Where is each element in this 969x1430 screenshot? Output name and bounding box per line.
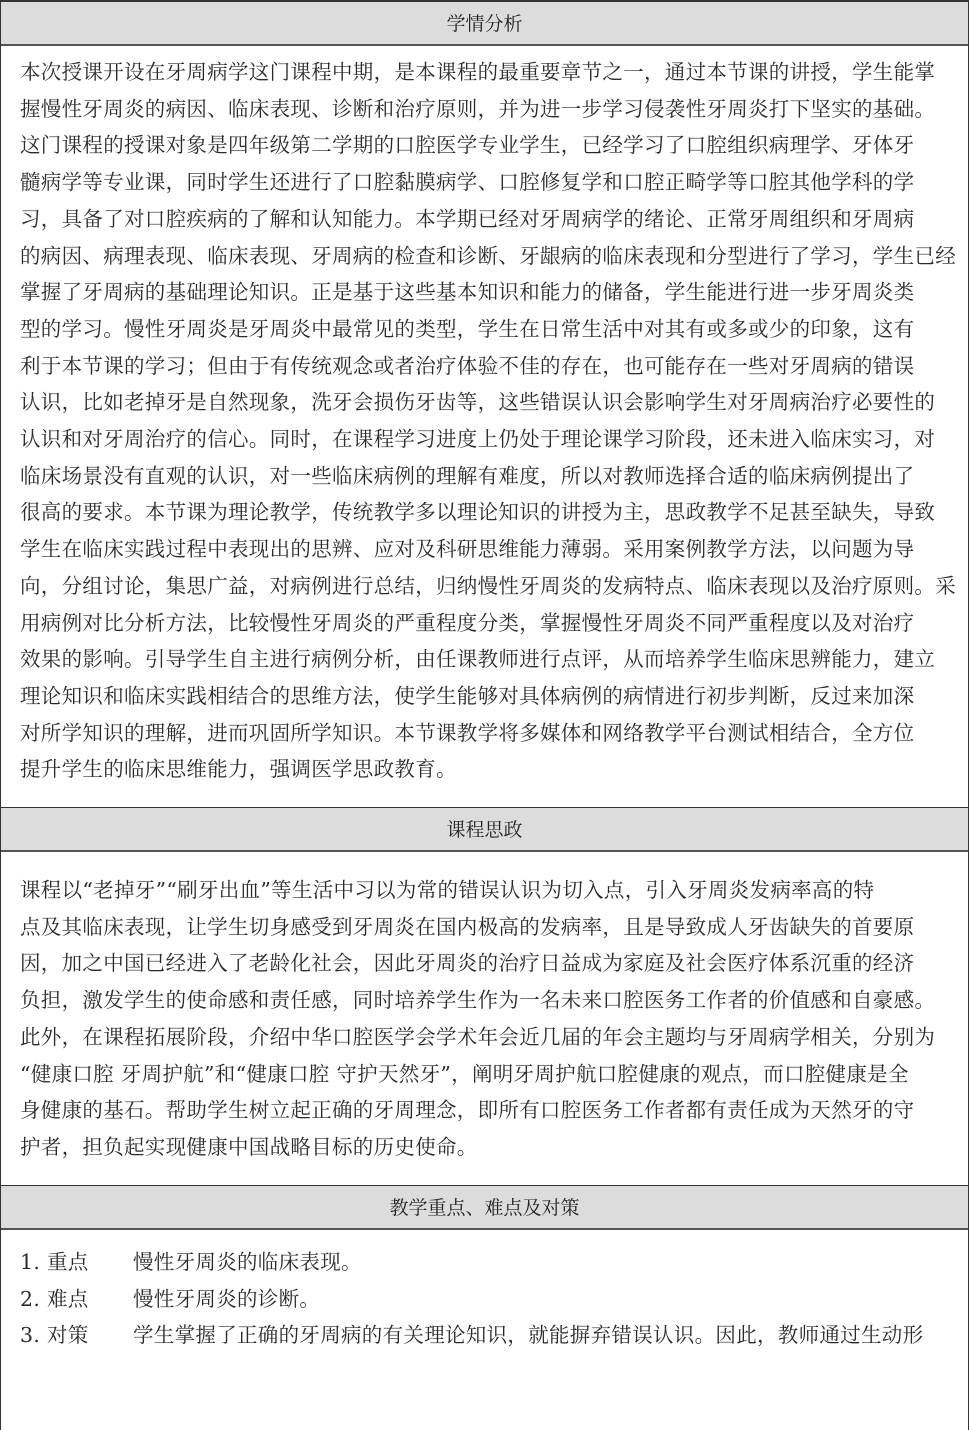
- text-line: 护者，担负起实现健康中国战略目标的历史使命。: [20, 1129, 956, 1166]
- text-line: 临床场景没有直观的认识，对一些临床病例的理解有难度，所以对教师选择合适的临床病例…: [20, 458, 956, 495]
- text-line: 型的学习。慢性牙周炎是牙周炎中最常见的类型，学生在日常生活中对其有或多或少的印象…: [20, 311, 956, 348]
- text-line: 很高的要求。本节课为理论教学，传统教学多以理论知识的讲授为主，思政教学不足甚至缺…: [20, 494, 956, 531]
- item-label: 重点: [47, 1244, 133, 1281]
- text-line: 因，加之中国已经进入了老龄化社会，因此牙周炎的治疗日益成为家庭及社会医疗体系沉重…: [20, 945, 956, 982]
- text-line: 习，具备了对口腔疾病的了解和认知能力。本学期已经对牙周病学的绪论、正常牙周组织和…: [20, 201, 956, 238]
- section-body-key-points: 1. 重点慢性牙周炎的临床表现。 2. 难点慢性牙周炎的诊断。 3. 对策学生掌…: [1, 1230, 968, 1391]
- text-line: 用病例对比分析方法，比较慢性牙周炎的严重程度分类，掌握慢性牙周炎不同严重程度以及…: [20, 605, 956, 642]
- item-text: 慢性牙周炎的临床表现。: [133, 1250, 362, 1274]
- text-line: 认识，比如老掉牙是自然现象，洗牙会损伤牙齿等，这些错误认识会影响学生对牙周病治疗…: [20, 384, 956, 421]
- list-item-key-point: 1. 重点慢性牙周炎的临床表现。: [20, 1244, 956, 1281]
- text-line: 向，分组讨论，集思广益，对病例进行总结，归纳慢性牙周炎的发病特点、临床表现以及治…: [20, 568, 956, 605]
- section-title: 教学重点、难点及对策: [389, 1197, 579, 1219]
- text-line: 对所学知识的理解，进而巩固所学知识。本节课教学将多媒体和网络教学平台测试相结合，…: [20, 715, 956, 752]
- list-item-strategy: 3. 对策学生掌握了正确的牙周病的有关理论知识，就能摒弃错误认识。因此，教师通过…: [20, 1317, 956, 1354]
- item-number: 2.: [20, 1281, 40, 1318]
- item-label: 难点: [47, 1281, 133, 1318]
- text-line: 的病因、病理表现、临床表现、牙周病的检查和诊断、牙龈病的临床表现和分型进行了学习…: [20, 238, 956, 275]
- text-line: 这门课程的授课对象是四年级第二学期的口腔医学专业学生，已经学习了口腔组织病理学、…: [20, 127, 956, 164]
- text-line: 课程以“老掉牙”“刷牙出血”等生活中习以为常的错误认识为切入点，引入牙周炎发病率…: [20, 872, 956, 909]
- section-header-learning-analysis: 学情分析: [1, 2, 968, 46]
- text-line: 握慢性牙周炎的病因、临床表现、诊断和治疗原则，并为进一步学习侵袭性牙周炎打下坚实…: [20, 91, 956, 128]
- lesson-plan-table: 学情分析 本次授课开设在牙周病学这门课程中期，是本课程的最重要章节之一，通过本节…: [0, 0, 969, 1391]
- section-header-ideological-education: 课程思政: [1, 808, 968, 852]
- text-line: 此外，在课程拓展阶段，介绍中华口腔医学会学术年会近几届的年会主题均与牙周病学相关…: [20, 1019, 956, 1056]
- section-body-ideological-education: 课程以“老掉牙”“刷牙出血”等生活中习以为常的错误认识为切入点，引入牙周炎发病率…: [1, 852, 968, 1186]
- item-text: 学生掌握了正确的牙周病的有关理论知识，就能摒弃错误认识。因此，教师通过生动形: [133, 1323, 923, 1347]
- text-line: 掌握了牙周病的基础理论知识。正是基于这些基本知识和能力的储备，学生能进行进一步牙…: [20, 274, 956, 311]
- text-line: 效果的影响。引导学生自主进行病例分析，由任课教师进行点评，从而培养学生临床思辨能…: [20, 641, 956, 678]
- text-line: 学生在临床实践过程中表现出的思辨、应对及科研思维能力薄弱。采用案例教学方法，以问…: [20, 531, 956, 568]
- item-text: 慢性牙周炎的诊断。: [133, 1287, 320, 1311]
- section-title: 课程思政: [446, 819, 522, 841]
- text-line: 认识和对牙周治疗的信心。同时，在课程学习进度上仍处于理论课学习阶段，还未进入临床…: [20, 421, 956, 458]
- text-line: 点及其临床表现，让学生切身感受到牙周炎在国内极高的发病率，且是导致成人牙齿缺失的…: [20, 909, 956, 946]
- item-number: 1.: [20, 1244, 40, 1281]
- text-line: 提升学生的临床思维能力，强调医学思政教育。: [20, 751, 956, 788]
- item-label: 对策: [47, 1317, 133, 1354]
- text-line: 本次授课开设在牙周病学这门课程中期，是本课程的最重要章节之一，通过本节课的讲授，…: [20, 54, 956, 91]
- list-item-difficulty: 2. 难点慢性牙周炎的诊断。: [20, 1281, 956, 1318]
- text-line: “健康口腔 牙周护航”和“健康口腔 守护天然牙”，阐明牙周护航口腔健康的观点，而…: [20, 1056, 956, 1093]
- section-title: 学情分析: [446, 13, 522, 35]
- text-line: 负担，激发学生的使命感和责任感，同时培养学生作为一名未来口腔医务工作者的价值感和…: [20, 982, 956, 1019]
- item-number: 3.: [20, 1317, 40, 1354]
- text-line: 利于本节课的学习；但由于有传统观念或者治疗体验不佳的存在，也可能存在一些对牙周病…: [20, 348, 956, 385]
- section-body-learning-analysis: 本次授课开设在牙周病学这门课程中期，是本课程的最重要章节之一，通过本节课的讲授，…: [1, 46, 968, 808]
- section-header-key-points: 教学重点、难点及对策: [1, 1186, 968, 1230]
- text-line: 髓病学等专业课，同时学生还进行了口腔黏膜病学、口腔修复学和口腔正畸学等口腔其他学…: [20, 164, 956, 201]
- text-line: 身健康的基石。帮助学生树立起正确的牙周理念，即所有口腔医务工作者都有责任成为天然…: [20, 1092, 956, 1129]
- text-line: 理论知识和临床实践相结合的思维方法，使学生能够对具体病例的病情进行初步判断，反过…: [20, 678, 956, 715]
